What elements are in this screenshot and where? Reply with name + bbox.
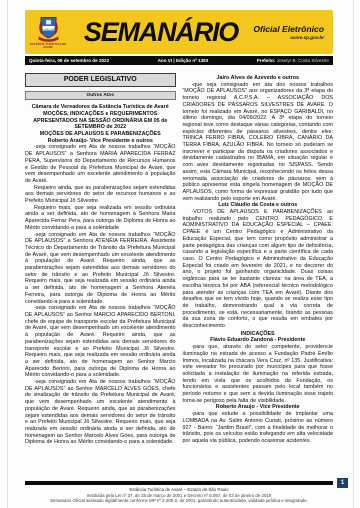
doc-heading-mocoes-sessao: MOÇÕES, INDICAÇÕES e REQUERIMENTOS APRES…	[25, 111, 176, 131]
paragraph-marcio-bertoni: -seja consignado em Ata de nossos trabal…	[25, 305, 176, 379]
info-bar: Quinta-feira, 08 de setembro de 2022 Ano…	[25, 56, 333, 65]
city-crest-icon: ESTÂNCIA TURÍSTICA DE AVARÉ	[25, 15, 71, 49]
doc-heading-indicacoes: INDICAÇÕES	[183, 331, 334, 338]
document-body: PODER LEGISLATIVO Outros Atos Câmara de …	[25, 73, 333, 446]
paragraph-acpsa-torneio: -que seja consignado em ata dos nossos t…	[183, 82, 334, 203]
paragraph-iluminacao-estrada: -para que, através do setor competente, …	[183, 344, 334, 404]
masthead-title: SEMANÁRIO	[71, 17, 253, 48]
info-mayor-name: Joselyr B. Costa Silvestre	[277, 58, 329, 63]
info-mayor: Prefeito: Joselyr B. Costa Silvestre	[257, 58, 329, 63]
info-mayor-label: Prefeito:	[257, 58, 276, 63]
doc-heading-camara: Câmara de Vereadores da Estância Turísti…	[25, 104, 176, 111]
subsection-header-outros-atos: Outros Atos	[25, 91, 176, 100]
paragraph-ateneia-ferreira: -seja consignado em Ata de nossos trabal…	[25, 232, 176, 306]
author-heading-flavio-zandona: Flávio Eduardo Zandoná - Presidente	[183, 337, 334, 344]
gazette-page: ESTÂNCIA TURÍSTICA DE AVARÉ SEMANÁRIO Of…	[0, 0, 360, 508]
footer-rule: 1	[25, 481, 333, 485]
paragraph-maria-ferraz-pera: -seja consignado em Ata de nossos trabal…	[25, 144, 176, 184]
right-column: Jairo Alves de Azevedo e outros -que sej…	[183, 73, 334, 446]
masthead-website-url: avare.sp.gov.br	[253, 35, 324, 40]
masthead-right: Oficial Eletrônico avare.sp.gov.br	[253, 25, 333, 40]
author-heading-jairo-azevedo: Jairo Alves de Azevedo e outros	[183, 75, 334, 82]
info-date: Quinta-feira, 08 de setembro de 2022	[29, 58, 109, 63]
doc-heading-aplausos: MOÇÕES DE APLAUSOS E PARABENIZAÇÕES	[25, 131, 176, 138]
masthead-subtitle: Oficial Eletrônico	[253, 25, 324, 34]
crest-caption: ESTÂNCIA TURÍSTICA DE AVARÉ	[25, 43, 71, 49]
info-edition: Ano VI | Edição nº 1383	[158, 58, 209, 63]
paragraph-requeiro-ainda: Requeiro ainda, que as parabenizações se…	[25, 185, 176, 205]
page-number-badge: 1	[337, 478, 348, 488]
paragraph-marcelo-goes: -seja consignado em Ata de nossos trabal…	[25, 379, 176, 446]
masthead: ESTÂNCIA TURÍSTICA DE AVARÉ SEMANÁRIO Of…	[25, 10, 333, 54]
paragraph-cpaee: -VOTOS DE APLAUSOS E PARABENIZAÇÕES ao t…	[183, 209, 334, 330]
paragraph-lombada: -para que estude a possibilidade de impl…	[183, 411, 334, 445]
paragraph-requeiro-mais: Requeiro mais, que seja realizada em ses…	[25, 205, 176, 232]
left-column: PODER LEGISLATIVO Outros Atos Câmara de …	[25, 73, 176, 446]
author-heading-roberto-araujo-vice: Roberto Araujo - Vice Presidente	[183, 404, 334, 411]
section-header-poder-legislativo: PODER LEGISLATIVO	[25, 73, 176, 87]
footer-line-signature: Semanário Oficial assinado digitalmente …	[25, 498, 333, 504]
page-footer: 1 Estância Turística de Avaré – Estado d…	[25, 481, 333, 504]
